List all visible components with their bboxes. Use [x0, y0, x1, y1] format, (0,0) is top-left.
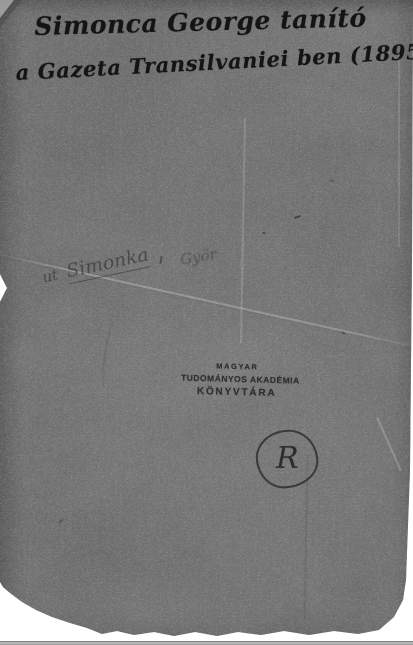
right-edge-crease — [376, 417, 401, 471]
top-right-crease — [398, 52, 400, 247]
scanned-page: Simonca George tanító a Gazeta Transilva… — [0, 0, 413, 645]
stamp-line3: KÖNYVTÁRA — [181, 386, 293, 400]
circled-letter-mark: R — [253, 427, 321, 491]
handwritten-title-line2: a Gazeta Transilvaniei ben (1895. — [15, 38, 413, 85]
handwritten-title-line1: Simonca George tanító — [34, 3, 367, 41]
vertical-crease-upper — [240, 118, 246, 343]
ink-speck — [58, 518, 64, 523]
stamp-line1: MAGYAR — [181, 361, 293, 373]
ink-speck — [262, 232, 266, 234]
pencil-word-underlined: Simonka — [64, 243, 151, 284]
circled-letter: R — [276, 444, 299, 474]
paper-sheet: Simonca George tanító a Gazeta Transilva… — [0, 0, 413, 645]
pencil-word: ut — [41, 266, 60, 287]
next-page-edge — [0, 641, 413, 645]
library-stamp: MAGYAR TUDOMÁNYOS AKADÉMIA KÖNYVTÁRA — [181, 361, 294, 400]
pencil-inscription: utSimonka — [40, 243, 151, 287]
ink-speck — [159, 256, 162, 264]
pencil-side-note: Győr — [179, 245, 218, 269]
ink-speck — [341, 331, 346, 335]
ink-speck — [330, 180, 334, 183]
erased-pencil-squiggle — [99, 321, 122, 390]
ink-speck — [294, 215, 301, 219]
paper-grain-texture — [0, 0, 413, 645]
stamp-line2: TUDOMÁNYOS AKADÉMIA — [181, 373, 293, 386]
